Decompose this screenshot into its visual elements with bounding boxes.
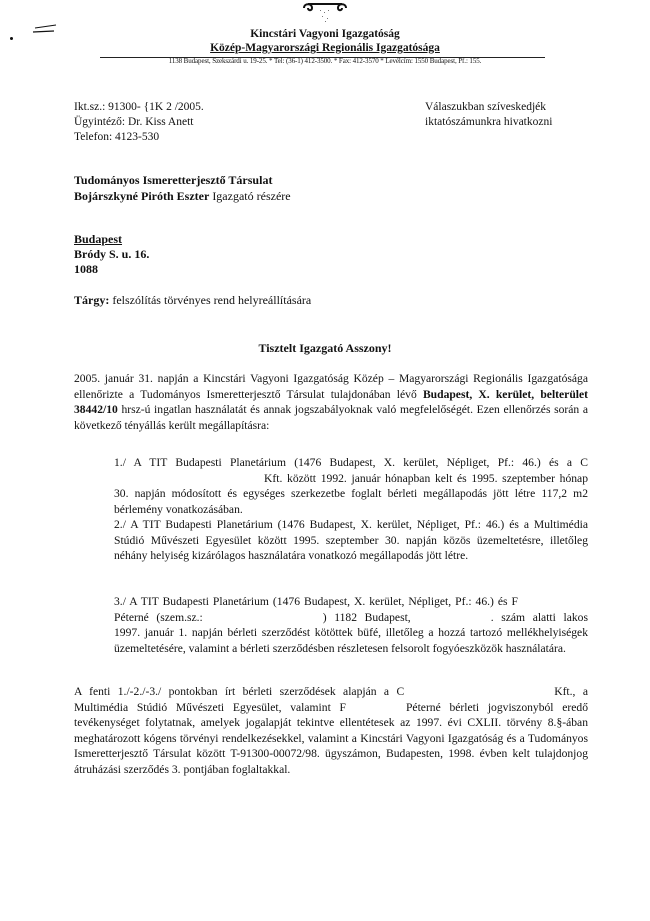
address-postcode: 1088 bbox=[74, 262, 149, 277]
item1-text-b: Kft. között 1992. január hónapban kelt é… bbox=[114, 472, 588, 516]
address-street: Bródy S. u. 16. bbox=[74, 247, 149, 262]
intro-text-2: hrsz-ú ingatlan használatát és annak jog… bbox=[74, 403, 588, 432]
finding-item-3: 3./ A TIT Budapesti Planetárium (1476 Bu… bbox=[114, 594, 588, 656]
reply-note-line1: Válaszukban szíveskedjék bbox=[425, 100, 552, 115]
addressee-organization: Tudományos Ismeretterjesztő Társulat bbox=[74, 172, 291, 188]
subject-text: felszólítás törvényes rend helyreállítás… bbox=[109, 293, 311, 307]
item3-text-b: Péterné (szem.sz.: bbox=[114, 611, 203, 624]
finding-item-1: 1./ A TIT Budapesti Planetárium (1476 Bu… bbox=[114, 455, 588, 517]
addressee-person: Bojárszkyné Piróth Eszter bbox=[74, 189, 209, 203]
address-city: Budapest bbox=[74, 232, 149, 247]
item3-text-c: ) 1182 Budapest, bbox=[323, 611, 411, 624]
org-unit: Közép-Magyarországi Regionális Igazgatós… bbox=[0, 42, 650, 54]
reply-note-line2: iktatószámunkra hivatkozni bbox=[425, 115, 552, 130]
reference-block: Ikt.sz.: 91300- {1K 2 /2005. Ügyintéző: … bbox=[74, 100, 204, 145]
reply-note: Válaszukban szíveskedjék iktatószámunkra… bbox=[425, 100, 552, 130]
address: Budapest Bródy S. u. 16. 1088 bbox=[74, 232, 149, 277]
finding-item-2: 2./ A TIT Budapesti Planetárium (1476 Bu… bbox=[114, 517, 588, 564]
salutation: Tisztelt Igazgató Asszony! bbox=[0, 341, 650, 356]
case-officer: Ügyintéző: Dr. Kiss Anett bbox=[74, 115, 204, 130]
item2-text: 2./ A TIT Budapesti Planetárium (1476 Bu… bbox=[114, 518, 588, 562]
ionic-column-capital-icon bbox=[300, 0, 350, 24]
subject-label: Tárgy: bbox=[74, 293, 109, 307]
closing-paragraph: A fenti 1./-2./-3./ pontokban írt bérlet… bbox=[74, 684, 588, 777]
addressee: Tudományos Ismeretterjesztő Társulat Boj… bbox=[74, 172, 291, 204]
item3-text-a: 3./ A TIT Budapesti Planetárium (1476 Bu… bbox=[114, 595, 518, 608]
phone: Telefon: 4123-530 bbox=[74, 130, 204, 145]
item1-text-a: 1./ A TIT Budapesti Planetárium (1476 Bu… bbox=[114, 456, 588, 469]
reference-number: Ikt.sz.: 91300- {1K 2 /2005. bbox=[74, 100, 204, 115]
subject-line: Tárgy: felszólítás törvényes rend helyre… bbox=[74, 293, 311, 308]
addressee-role: Igazgató részére bbox=[209, 189, 290, 203]
closing-text-1: A fenti 1./-2./-3./ pontokban írt bérlet… bbox=[74, 685, 404, 698]
intro-paragraph: 2005. január 31. napján a Kincstári Vagy… bbox=[74, 371, 588, 433]
org-name: Kincstári Vagyoni Igazgatóság bbox=[0, 28, 650, 40]
contact-line: 1138 Budapest, Szekszárdi u. 19-25. * Te… bbox=[0, 57, 650, 65]
